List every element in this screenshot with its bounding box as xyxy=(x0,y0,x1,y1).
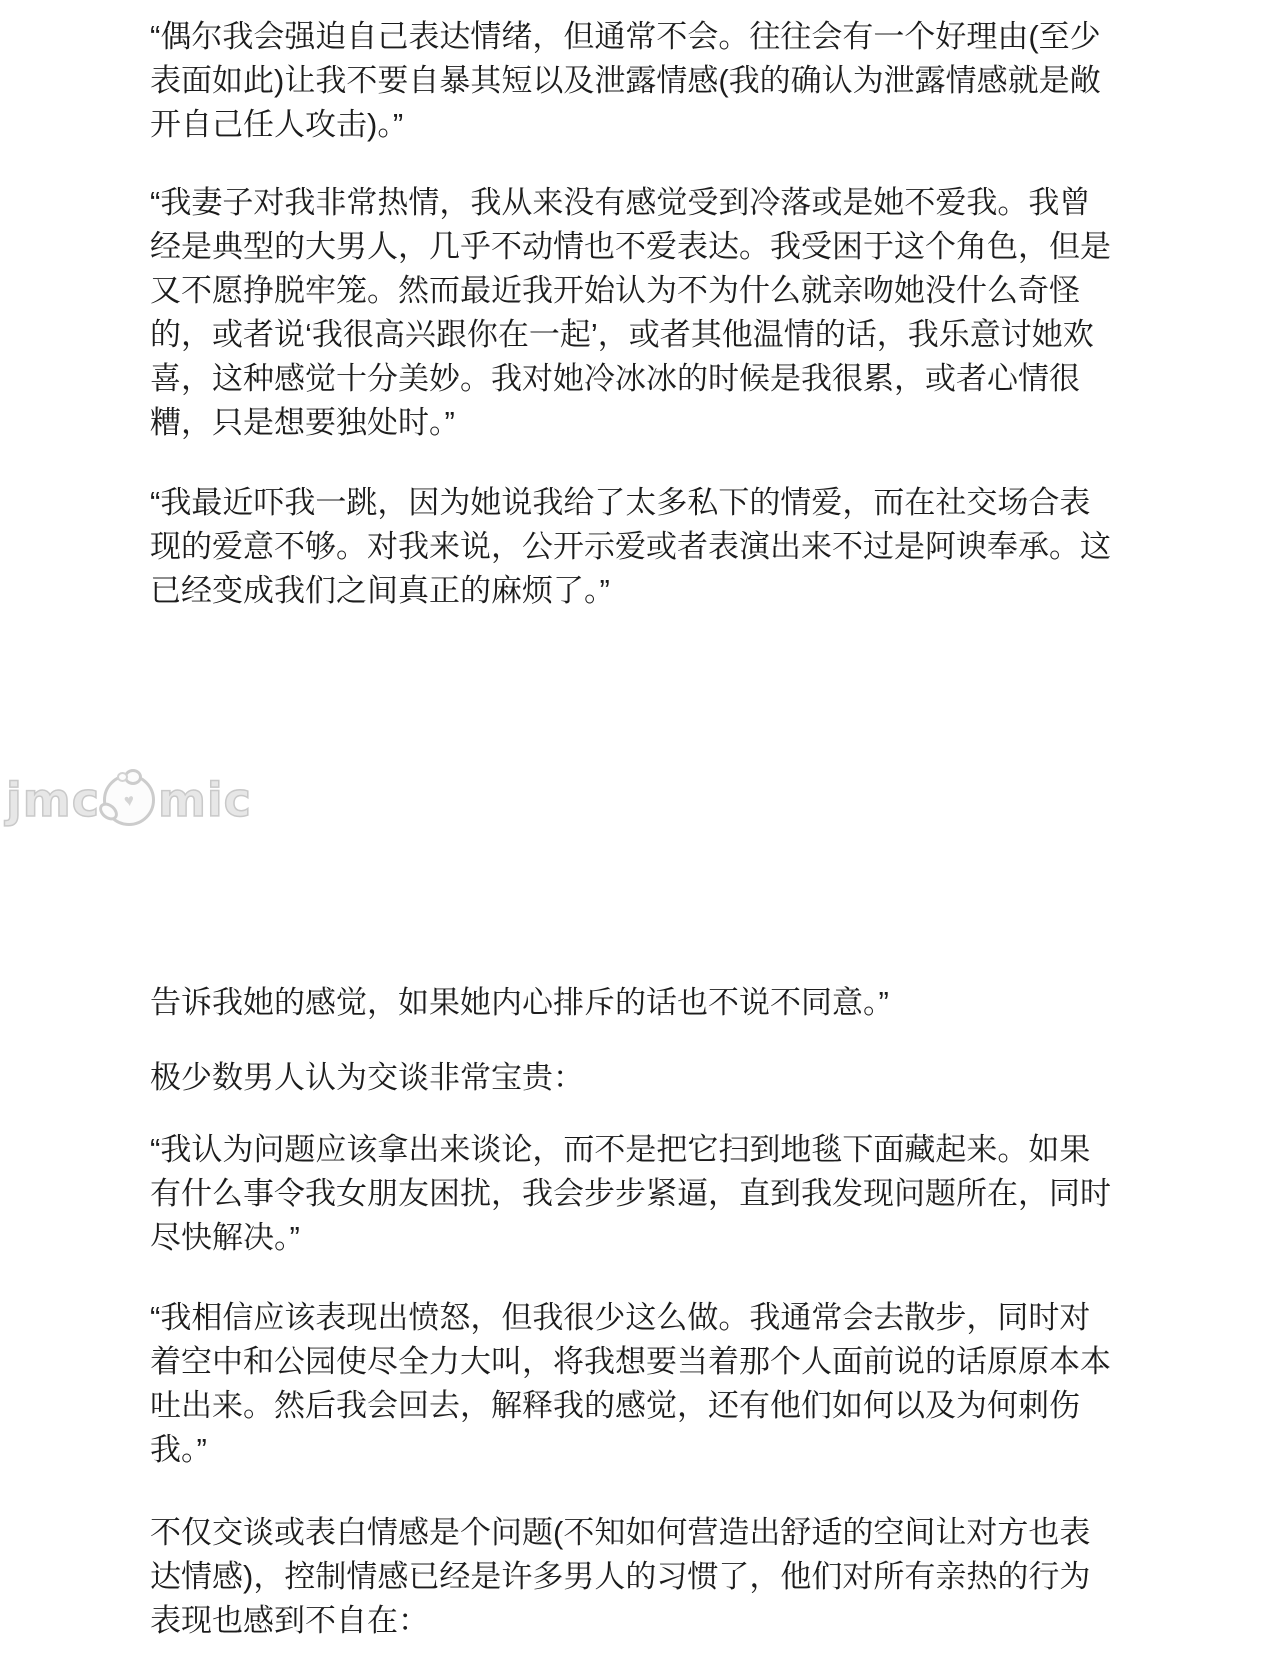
text-line: 现的爱意不够。对我来说，公开示爱或者表演出来不过是阿谀奉承。这 xyxy=(150,525,1150,569)
text-line: 的，或者说‘我很高兴跟你在一起’，或者其他温情的话，我乐意讨她欢 xyxy=(150,313,1150,357)
heart-icon: ♥ xyxy=(123,791,135,809)
paragraph-4-continuation: 告诉我她的感觉，如果她内心排斥的话也不说不同意。” xyxy=(150,981,1150,1025)
text-line: “我最近吓我一跳，因为她说我给了太多私下的情爱，而在社交场合表 xyxy=(150,481,1150,525)
text-line: “我认为问题应该拿出来谈论，而不是把它扫到地毯下面藏起来。如果 xyxy=(150,1128,1150,1172)
text-line: “我相信应该表现出愤怒，但我很少这么做。我通常会去散步，同时对 xyxy=(150,1296,1150,1340)
text-line: 极少数男人认为交谈非常宝贵： xyxy=(150,1056,1150,1100)
bird-mascot-icon: ♥ xyxy=(103,774,155,826)
text-line: 尽快解决。” xyxy=(150,1216,1150,1260)
paragraph-2: “我妻子对我非常热情，我从来没有感觉受到冷落或是她不爱我。我曾经是典型的大男人，… xyxy=(150,181,1150,445)
text-line: 告诉我她的感觉，如果她内心排斥的话也不说不同意。” xyxy=(150,981,1150,1025)
text-line: 经是典型的大男人，几乎不动情也不爱表达。我受困于这个角色，但是 xyxy=(150,225,1150,269)
book-page: “偶尔我会强迫自己表达情绪，但通常不会。往往会有一个好理由(至少表面如此)让我不… xyxy=(0,0,1280,1656)
text-line: 开自己任人攻击)。” xyxy=(150,103,1150,147)
text-line: 我。” xyxy=(150,1428,1150,1472)
text-line: 糟，只是想要独处时。” xyxy=(150,401,1150,445)
paragraph-5-lead-in: 极少数男人认为交谈非常宝贵： xyxy=(150,1056,1150,1100)
text-line: 表面如此)让我不要自暴其短以及泄露情感(我的确认为泄露情感就是敞 xyxy=(150,59,1150,103)
text-line: 表现也感到不自在： xyxy=(150,1599,1150,1643)
text-line: 已经变成我们之间真正的麻烦了。” xyxy=(150,569,1150,613)
text-line: 喜，这种感觉十分美妙。我对她冷冰冰的时候是我很累，或者心情很 xyxy=(150,357,1150,401)
text-line: 有什么事令我女朋友困扰，我会步步紧逼，直到我发现问题所在，同时 xyxy=(150,1172,1150,1216)
text-line: 着空中和公园使尽全力大叫，将我想要当着那个人面前说的话原原本本 xyxy=(150,1340,1150,1384)
paragraph-1: “偶尔我会强迫自己表达情绪，但通常不会。往往会有一个好理由(至少表面如此)让我不… xyxy=(150,15,1150,147)
text-line: “偶尔我会强迫自己表达情绪，但通常不会。往往会有一个好理由(至少 xyxy=(150,15,1150,59)
watermark-text-mic: mic xyxy=(158,777,252,823)
text-line: “我妻子对我非常热情，我从来没有感觉受到冷落或是她不爱我。我曾 xyxy=(150,181,1150,225)
text-line: 吐出来。然后我会回去，解释我的感觉，还有他们如何以及为何刺伤 xyxy=(150,1384,1150,1428)
text-line: 达情感)，控制情感已经是许多男人的习惯了，他们对所有亲热的行为 xyxy=(150,1555,1150,1599)
bird-tuft-small-icon xyxy=(117,772,128,782)
paragraph-7: “我相信应该表现出愤怒，但我很少这么做。我通常会去散步，同时对着空中和公园使尽全… xyxy=(150,1296,1150,1472)
paragraph-8: 不仅交谈或表白情感是个问题(不知如何营造出舒适的空间让对方也表达情感)，控制情感… xyxy=(150,1511,1150,1643)
paragraph-6: “我认为问题应该拿出来谈论，而不是把它扫到地毯下面藏起来。如果有什么事令我女朋友… xyxy=(150,1128,1150,1260)
paragraph-3: “我最近吓我一跳，因为她说我给了太多私下的情爱，而在社交场合表现的爱意不够。对我… xyxy=(150,481,1150,613)
text-line: 又不愿挣脱牢笼。然而最近我开始认为不为什么就亲吻她没什么奇怪 xyxy=(150,269,1150,313)
text-line: 不仅交谈或表白情感是个问题(不知如何营造出舒适的空间让对方也表 xyxy=(150,1511,1150,1555)
watermark-text-jmc: jmc xyxy=(6,777,100,823)
jmcomic-watermark: jmc ♥ mic xyxy=(6,768,252,832)
